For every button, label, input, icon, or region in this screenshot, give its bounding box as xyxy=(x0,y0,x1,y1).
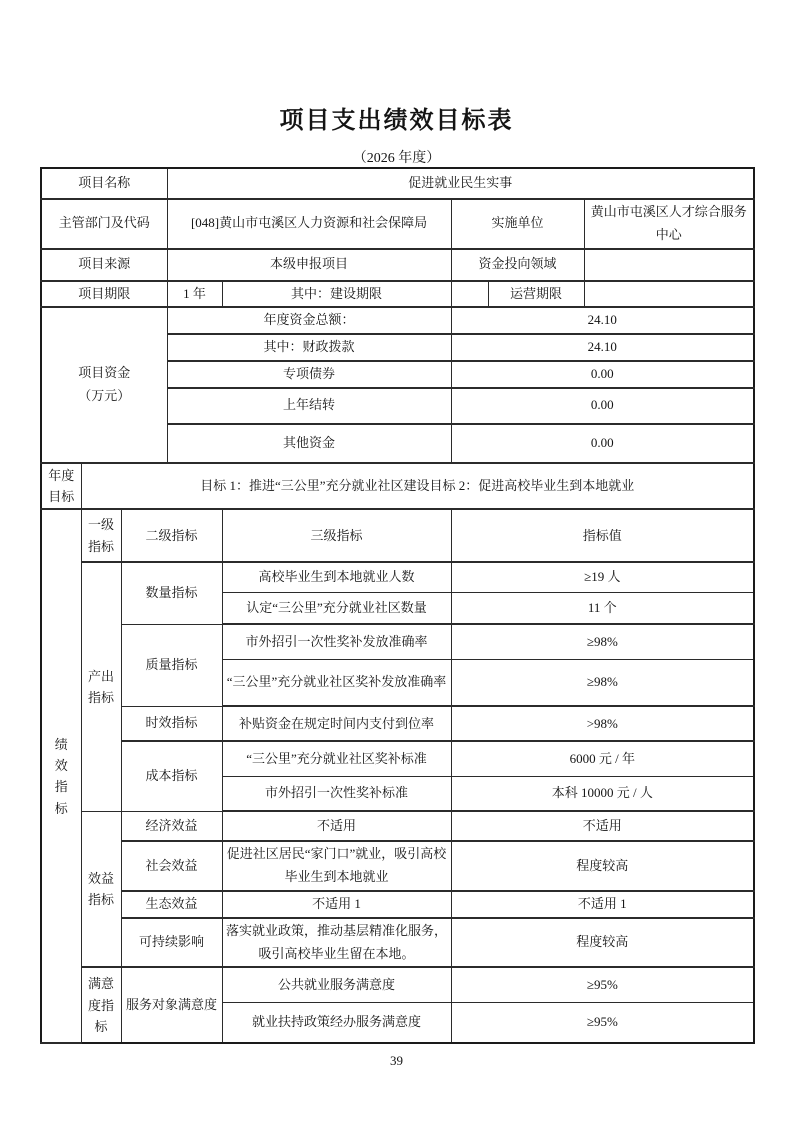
fund-fiscal-value: 24.10 xyxy=(451,334,754,361)
perf-indicator-value: 11 个 xyxy=(451,592,754,624)
perf-header-value: 指标值 xyxy=(451,509,754,562)
project-funds-label-line2: （万元） xyxy=(45,385,164,408)
fund-area-value xyxy=(584,249,754,281)
perf-row-community-standard: 成本指标 “三公里”充分就业社区奖补标准 6000 元 / 年 xyxy=(41,741,754,776)
perf-level2-timeliness: 时效指标 xyxy=(121,706,222,741)
perf-level2-ecological: 生态效益 xyxy=(121,891,222,918)
perf-indicator-name: 就业扶持政策经办服务满意度 xyxy=(222,1002,451,1043)
fund-total-value: 24.10 xyxy=(451,307,754,334)
perf-indicator-value: ≥98% xyxy=(451,624,754,659)
perf-section-label: 绩效指标 xyxy=(41,509,81,1043)
op-period-value xyxy=(584,281,754,308)
performance-target-table: 项目名称 促进就业民生实事 主管部门及代码 [048]黄山市屯溪区人力资源和社会… xyxy=(40,167,755,1044)
perf-indicator-name: 市外招引一次性奖补标准 xyxy=(222,776,451,811)
fund-total-row: 项目资金 （万元） 年度资金总额： 24.10 xyxy=(41,307,754,334)
perf-row-social: 社会效益 促进社区居民“家门口”就业，吸引高校毕业生到本地就业 程度较高 xyxy=(41,841,754,891)
perf-indicator-value: 程度较高 xyxy=(451,841,754,891)
perf-row-economic: 效益指标 经济效益 不适用 不适用 xyxy=(41,811,754,841)
document-subtitle: （2026 年度） xyxy=(0,147,793,167)
perf-row-sustainability: 可持续影响 落实就业政策，推动基层精准化服务，吸引高校毕业生留在本地。 程度较高 xyxy=(41,918,754,968)
perf-indicator-name: 认定“三公里”充分就业社区数量 xyxy=(222,592,451,624)
perf-indicator-name: 落实就业政策，推动基层精准化服务，吸引高校毕业生留在本地。 xyxy=(222,918,451,968)
perf-indicator-value: ≥19 人 xyxy=(451,562,754,592)
fund-carryover-value: 0.00 xyxy=(451,388,754,424)
perf-level2-sustainability: 可持续影响 xyxy=(121,918,222,968)
project-name-row: 项目名称 促进就业民生实事 xyxy=(41,168,754,199)
perf-indicator-name: 公共就业服务满意度 xyxy=(222,967,451,1002)
perf-indicator-name: “三公里”充分就业社区奖补标准 xyxy=(222,741,451,776)
perf-indicator-name: 市外招引一次性奖补发放准确率 xyxy=(222,624,451,659)
perf-indicator-name: 补贴资金在规定时间内支付到位率 xyxy=(222,706,451,741)
annual-goal-row: 年度目标 目标 1：推进“三公里”充分就业社区建设目标 2：促进高校毕业生到本地… xyxy=(41,463,754,510)
perf-row-graduates: 产出指标 数量指标 高校毕业生到本地就业人数 ≥19 人 xyxy=(41,562,754,592)
project-period-value: 1 年 xyxy=(167,281,222,308)
perf-level1-output: 产出指标 xyxy=(81,562,121,811)
perf-indicator-value: ≥98% xyxy=(451,659,754,706)
perf-row-ecological: 生态效益 不适用 1 不适用 1 xyxy=(41,891,754,918)
perf-level2-quantity: 数量指标 xyxy=(121,562,222,624)
perf-indicator-name: 高校毕业生到本地就业人数 xyxy=(222,562,451,592)
build-period-value xyxy=(451,281,488,308)
page-number: 39 xyxy=(0,1053,793,1069)
department-value: [048]黄山市屯溪区人力资源和社会保障局 xyxy=(167,199,451,249)
project-name-label: 项目名称 xyxy=(41,168,167,199)
perf-indicator-name: “三公里”充分就业社区奖补发放准确率 xyxy=(222,659,451,706)
fund-other-value: 0.00 xyxy=(451,424,754,463)
department-label: 主管部门及代码 xyxy=(41,199,167,249)
project-source-label: 项目来源 xyxy=(41,249,167,281)
project-funds-label: 项目资金 （万元） xyxy=(41,307,167,462)
perf-row-timeliness: 时效指标 补贴资金在规定时间内支付到位率 >98% xyxy=(41,706,754,741)
perf-indicator-value: 本科 10000 元 / 人 xyxy=(451,776,754,811)
perf-indicator-name: 不适用 xyxy=(222,811,451,841)
project-source-row: 项目来源 本级申报项目 资金投向领域 xyxy=(41,249,754,281)
perf-level2-economic: 经济效益 xyxy=(121,811,222,841)
fund-bond-label: 专项债券 xyxy=(167,361,451,388)
project-period-row: 项目期限 1 年 其中：建设期限 运营期限 xyxy=(41,281,754,308)
perf-level2-cost: 成本指标 xyxy=(121,741,222,811)
project-funds-label-line1: 项目资金 xyxy=(45,362,164,385)
perf-indicator-value: >98% xyxy=(451,706,754,741)
fund-other-label: 其他资金 xyxy=(167,424,451,463)
department-row: 主管部门及代码 [048]黄山市屯溪区人力资源和社会保障局 实施单位 黄山市屯溪… xyxy=(41,199,754,249)
fund-fiscal-label: 其中：财政拨款 xyxy=(167,334,451,361)
perf-indicator-name: 不适用 1 xyxy=(222,891,451,918)
document-page: 项目支出绩效目标表 （2026 年度） 项目名称 促进就业民生实事 主管部门及代… xyxy=(0,0,793,1122)
document-title: 项目支出绩效目标表 xyxy=(0,100,793,135)
impl-unit-label: 实施单位 xyxy=(451,199,584,249)
perf-indicator-value: ≥95% xyxy=(451,967,754,1002)
project-name-value: 促进就业民生实事 xyxy=(167,168,754,199)
perf-header-level3: 三级指标 xyxy=(222,509,451,562)
fund-area-label: 资金投向领域 xyxy=(451,249,584,281)
perf-header-level1: 一级指标 xyxy=(81,509,121,562)
perf-level1-satisfaction: 满意度指标 xyxy=(81,967,121,1043)
fund-bond-value: 0.00 xyxy=(451,361,754,388)
perf-header-level2: 二级指标 xyxy=(121,509,222,562)
perf-row-subsidy-accuracy: 质量指标 市外招引一次性奖补发放准确率 ≥98% xyxy=(41,624,754,659)
perf-level2-service-target: 服务对象满意度 xyxy=(121,967,222,1043)
build-period-label: 其中：建设期限 xyxy=(222,281,451,308)
perf-level1-benefit: 效益指标 xyxy=(81,811,121,967)
perf-indicator-value: 不适用 xyxy=(451,811,754,841)
perf-indicator-value: 6000 元 / 年 xyxy=(451,741,754,776)
perf-row-public-satisfaction: 满意度指标 服务对象满意度 公共就业服务满意度 ≥95% xyxy=(41,967,754,1002)
project-source-value: 本级申报项目 xyxy=(167,249,451,281)
project-period-label: 项目期限 xyxy=(41,281,167,308)
perf-indicator-value: ≥95% xyxy=(451,1002,754,1043)
impl-unit-value: 黄山市屯溪区人才综合服务中心 xyxy=(584,199,754,249)
annual-goal-label: 年度目标 xyxy=(41,463,81,510)
fund-carryover-label: 上年结转 xyxy=(167,388,451,424)
perf-level2-social: 社会效益 xyxy=(121,841,222,891)
perf-indicator-value: 程度较高 xyxy=(451,918,754,968)
op-period-label: 运营期限 xyxy=(488,281,584,308)
perf-level2-quality: 质量指标 xyxy=(121,624,222,706)
fund-total-label: 年度资金总额： xyxy=(167,307,451,334)
perf-header-row: 绩效指标 一级指标 二级指标 三级指标 指标值 xyxy=(41,509,754,562)
perf-indicator-name: 促进社区居民“家门口”就业，吸引高校毕业生到本地就业 xyxy=(222,841,451,891)
perf-indicator-value: 不适用 1 xyxy=(451,891,754,918)
annual-goal-text: 目标 1：推进“三公里”充分就业社区建设目标 2：促进高校毕业生到本地就业 xyxy=(81,463,754,510)
